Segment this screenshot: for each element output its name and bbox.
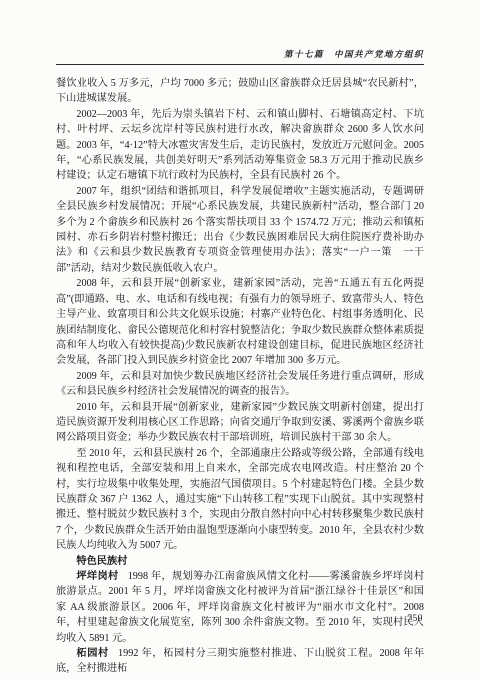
- paragraph-summary-2010: 至 2010 年，云和县民族村 26 个，全部通康庄公路或等级公路，全部通有线电…: [56, 446, 424, 554]
- paragraph-2007: 2007 年，组织“团结和谐抓项目，科学发展促增收”主题实施活动，专题调研全县民…: [56, 184, 424, 276]
- header-rule: [56, 64, 424, 65]
- section-heading-featured-villages: 特色民族村: [56, 554, 424, 569]
- paragraph-2002-2003: 2002—2003 年，先后为崇头镇岩下村、云和镇山脚村、石塘镇高定村、下坑村、…: [56, 107, 424, 184]
- village-name-zheyuan: 柘园村: [76, 648, 108, 659]
- document-body: 餐饮业收入 5 万多元，户均 7000 多元；鼓励山区畲族群众迁居县城“农民新村…: [56, 76, 424, 677]
- page-header: 第十七篇 中国共产党地方组织: [56, 48, 424, 65]
- paragraph-continuation: 餐饮业收入 5 万多元，户均 7000 多元；鼓励山区畲族群众迁居县城“农民新村…: [56, 76, 424, 107]
- paragraph-2008: 2008 年，云和县开展“创新家业，建新家园”活动，完善“五通五有五化两提高”(…: [56, 276, 424, 368]
- village-text-zheyuan: 1992 年，柘园村分三期实施整村推进、下山脱贫工程。2008 年年底，全村搬进…: [56, 648, 424, 674]
- document-page: 第十七篇 中国共产党地方组织 餐饮业收入 5 万多元，户均 7000 多元；鼓励…: [0, 0, 480, 679]
- village-paragraph-zheyuan: 柘园村1992 年，柘园村分三期实施整村推进、下山脱贫工程。2008 年年底，全…: [56, 646, 424, 677]
- village-paragraph-pingyanggang: 坪垟岗村1998 年，规划筹办江南畲族风情文化村——雾溪畲族乡坪垟岗村旅游景点。…: [56, 569, 424, 646]
- village-name-pingyanggang: 坪垟岗村: [76, 571, 118, 582]
- paragraph-2010: 2010 年，云和县开展“创新家业，建新家园”少数民族文明新村创建，提出打造民族…: [56, 400, 424, 446]
- paragraph-2009: 2009 年，云和县对加快少数民族地区经济社会发展任务进行重点调研，形成《云和县…: [56, 369, 424, 400]
- chapter-header-title: 第十七篇 中国共产党地方组织: [56, 48, 424, 60]
- page-number: 759: [407, 614, 423, 624]
